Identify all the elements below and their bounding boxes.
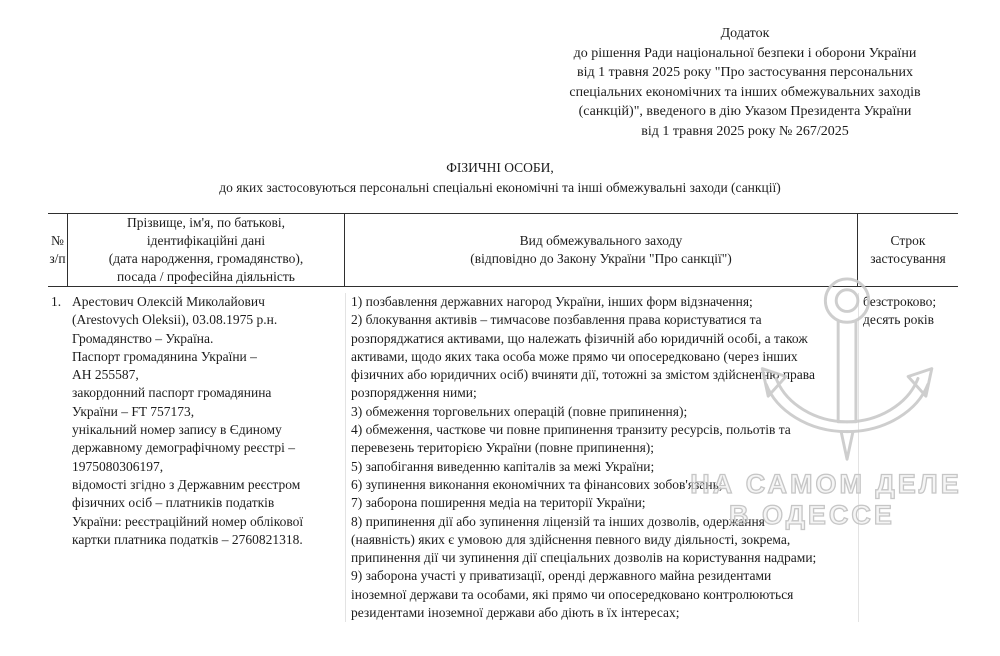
title-block: ФІЗИЧНІ ОСОБИ, до яких застосовуються пе… [0, 158, 1000, 198]
row-number: 1. [48, 293, 68, 622]
page-title: ФІЗИЧНІ ОСОБИ, [0, 158, 1000, 178]
document-page: Додаток до рішення Ради національної без… [0, 0, 1000, 656]
column-header-person: Прізвище, ім'я, по батькові, ідентифікац… [68, 214, 345, 286]
sanctions-table: № з/п Прізвище, ім'я, по батькові, ідент… [48, 213, 958, 622]
column-header-term: Строк застосування [858, 214, 958, 286]
column-header-measure: Вид обмежувального заходу (відповідно до… [345, 214, 858, 286]
row-person-details: Арестович Олексій Миколайович (Arestovyc… [68, 293, 345, 622]
row-measures-list: 1) позбавлення державних нагород України… [345, 293, 858, 622]
row-term: безстроково; десять років [858, 293, 958, 622]
column-header-number: № з/п [48, 214, 68, 286]
table-row: 1. Арестович Олексій Миколайович (Aresto… [48, 287, 958, 622]
annex-header: Додаток до рішення Ради національної без… [545, 24, 945, 141]
page-subtitle: до яких застосовуються персональні спеці… [0, 178, 1000, 198]
table-header-row: № з/п Прізвище, ім'я, по батькові, ідент… [48, 213, 958, 287]
